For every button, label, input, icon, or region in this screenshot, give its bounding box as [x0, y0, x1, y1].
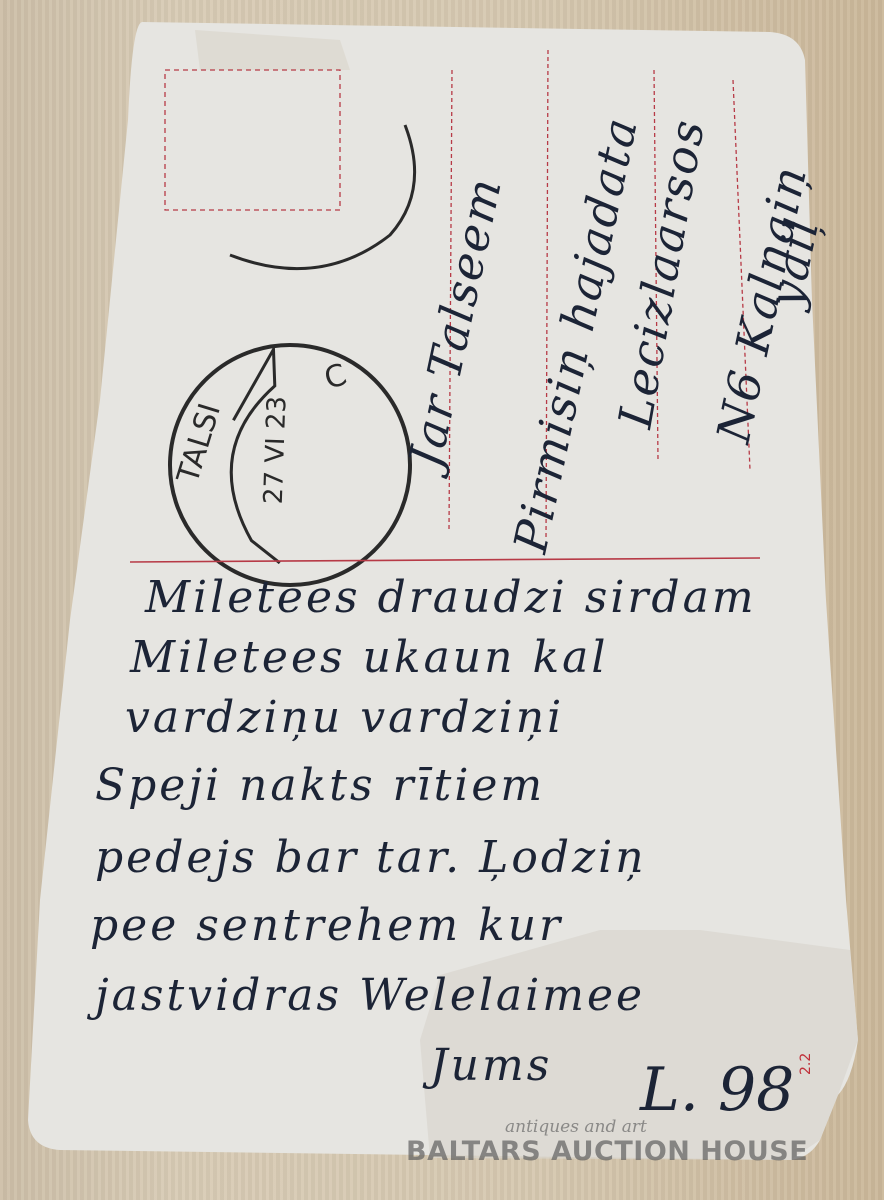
watermark-brand: BALTARS AUCTION HOUSE	[406, 1136, 808, 1167]
message-line: Miletees ukaun kal	[129, 632, 608, 683]
initials: L. 98	[639, 1055, 794, 1125]
catalog-number: 2.2	[798, 1053, 814, 1075]
message-line: Speji nakts rītiem	[95, 760, 545, 811]
message-line: vardziņu vardziņi	[125, 692, 564, 743]
message-line: pee sentrehem kur	[90, 900, 563, 951]
message-line: Miletees draudzi sirdam	[144, 572, 757, 623]
message-line: jastvidras Welelaimee	[86, 970, 645, 1021]
watermark-tagline: antiques and art	[505, 1117, 647, 1137]
postmark-date: 27 VI 23	[259, 396, 293, 505]
signature: Jums	[422, 1040, 552, 1091]
message-line: pedejs bar tar. Ļodziņ	[95, 832, 647, 883]
postcard: TALSI 27 VI 23 C Jar Talseem Pirmisiņ ha…	[0, 0, 884, 1200]
